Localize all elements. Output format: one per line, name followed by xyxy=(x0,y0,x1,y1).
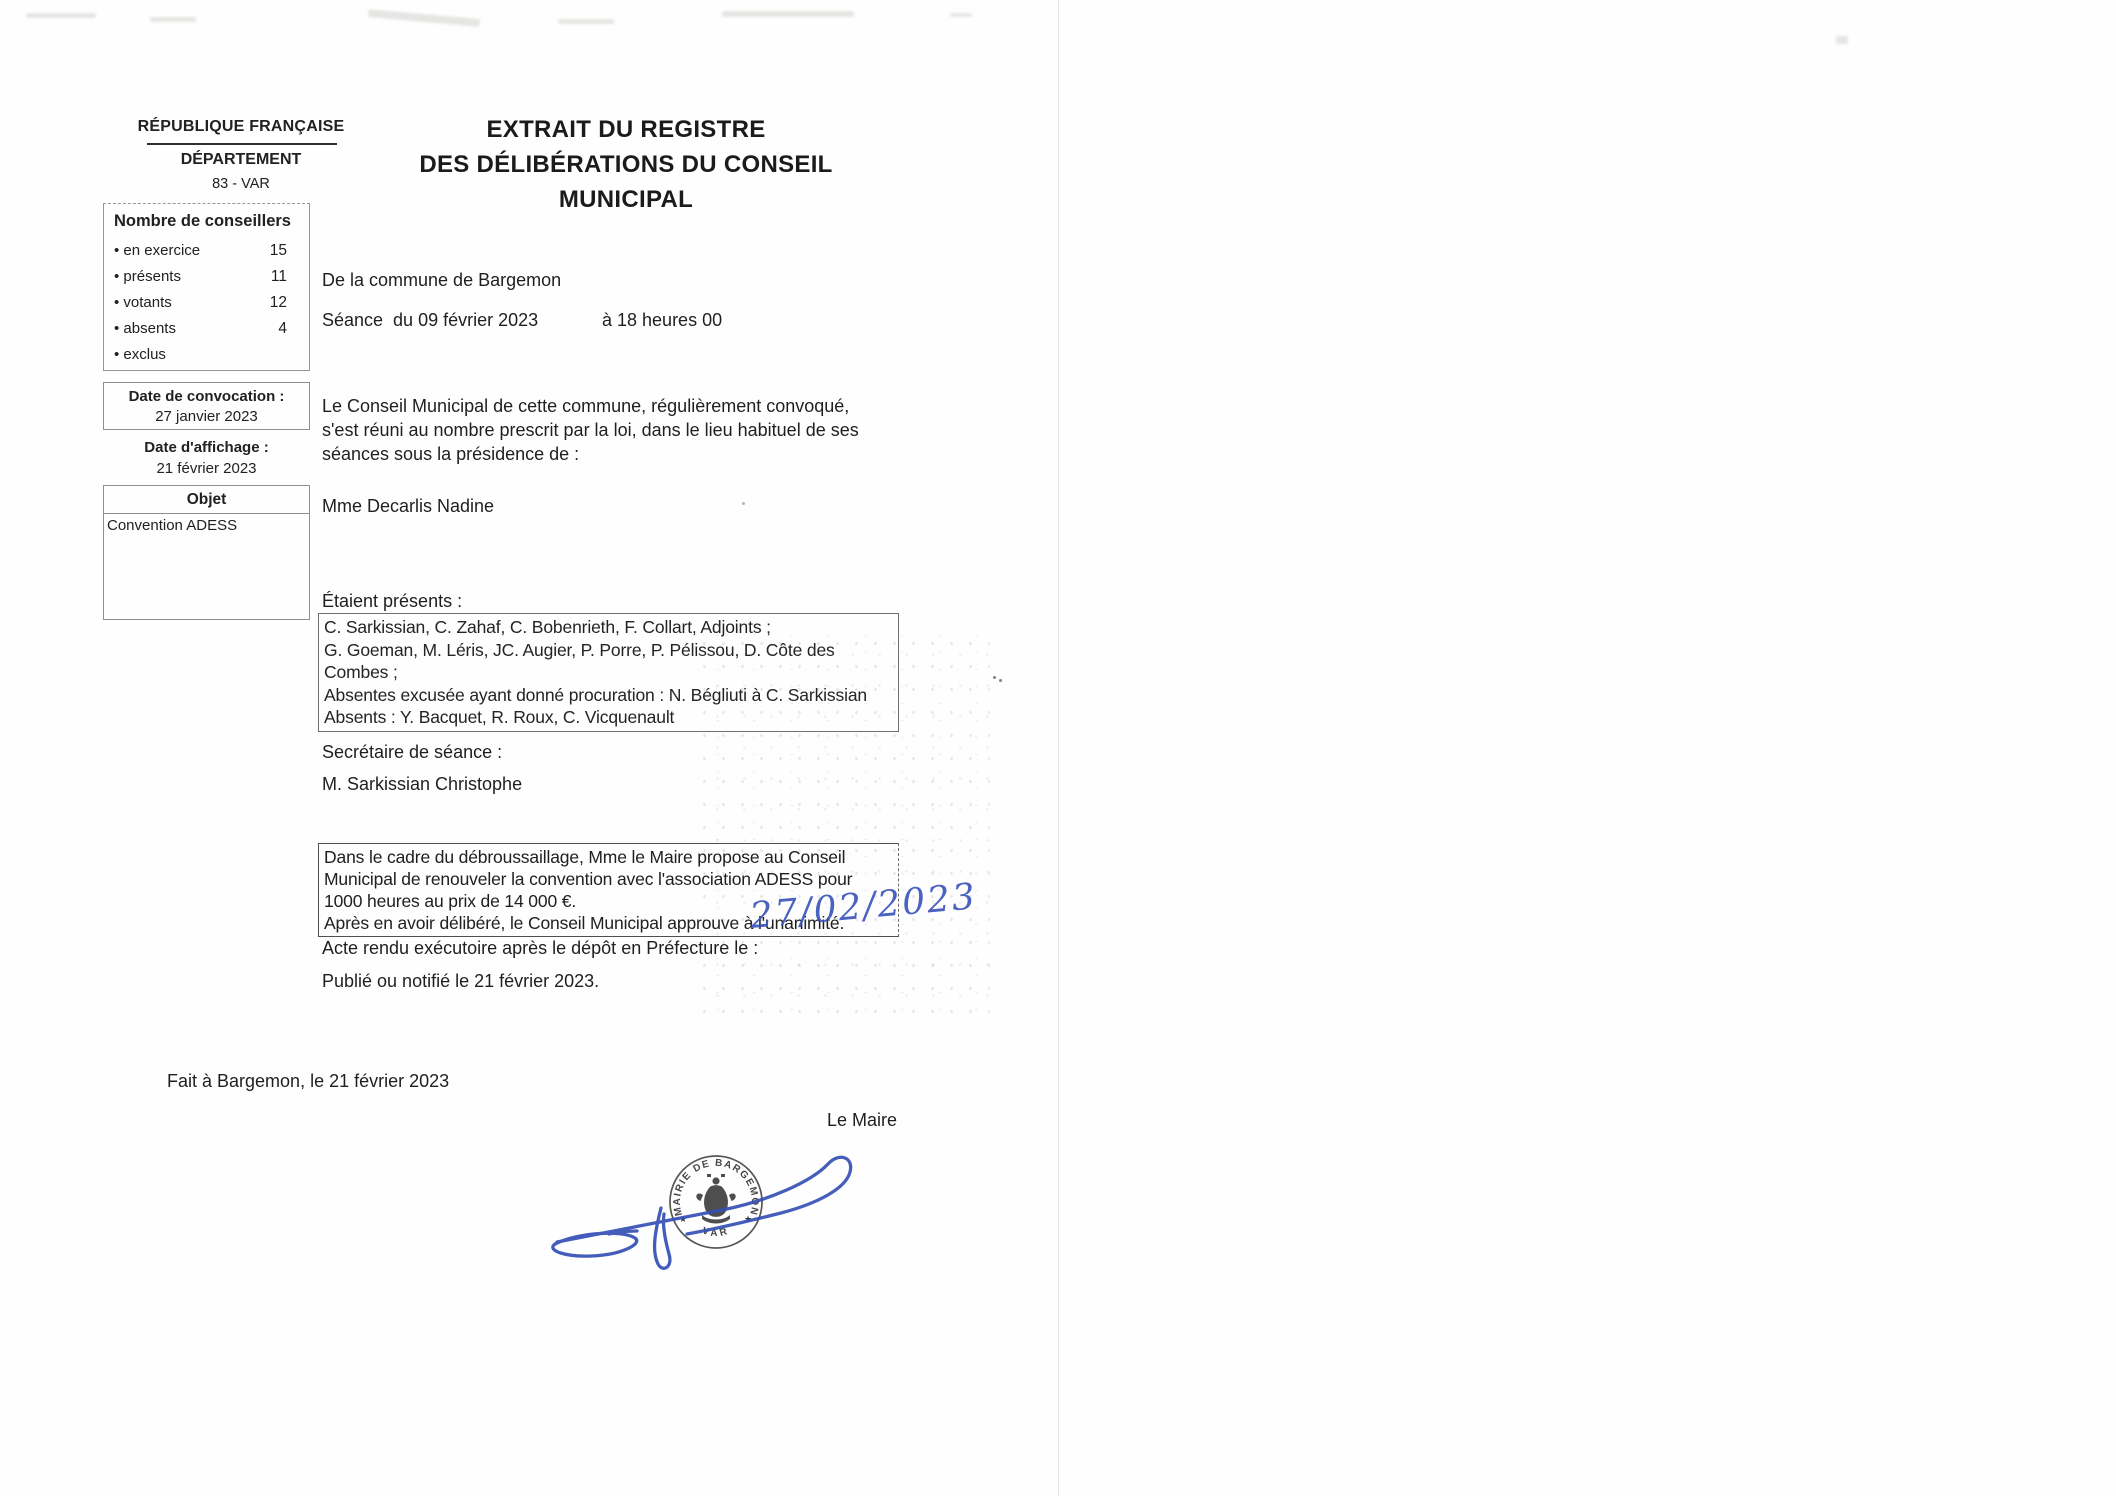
objet-label: Objet xyxy=(104,486,309,514)
title-line: MUNICIPAL xyxy=(346,182,906,217)
presents-line: G. Goeman, M. Léris, JC. Augier, P. Porr… xyxy=(324,639,893,684)
commune-line: De la commune de Bargemon xyxy=(322,270,561,291)
attendance-box: C. Sarkissian, C. Zahaf, C. Bobenrieth, … xyxy=(318,613,899,732)
objet-value: Convention ADESS xyxy=(104,514,309,537)
department-label: DÉPARTEMENT xyxy=(128,151,354,169)
town-stamp-icon: MAIRIE DE BARGEMON VAR ★ ★ xyxy=(670,1156,762,1248)
scan-artifact xyxy=(150,17,196,22)
page-edge-line xyxy=(1058,0,1059,1496)
president-name: Mme Decarlis Nadine xyxy=(322,496,494,517)
department-code: 83 - VAR xyxy=(128,176,354,192)
row-label: • absents xyxy=(114,316,176,342)
secretary-label: Secrétaire de séance : xyxy=(322,742,502,763)
scan-artifact xyxy=(26,13,96,18)
republic-header: RÉPUBLIQUE FRANÇAISE xyxy=(128,118,354,136)
published-line: Publié ou notifié le 21 février 2023. xyxy=(322,971,599,992)
presents-line: Absents : Y. Bacquet, R. Roux, C. Vicque… xyxy=(324,706,893,729)
convocation-label: Date de convocation : xyxy=(104,387,309,407)
convocation-date-box: Date de convocation : 27 janvier 2023 xyxy=(103,382,310,430)
scan-artifact xyxy=(722,11,854,17)
done-at-line: Fait à Bargemon, le 21 février 2023 xyxy=(167,1071,449,1092)
scan-artifact xyxy=(1836,36,1848,44)
mayor-signature xyxy=(553,1157,851,1268)
title-line: EXTRAIT DU REGISTRE xyxy=(346,112,906,147)
counsellors-box: Nombre de conseillers • en exercice 15 •… xyxy=(103,203,310,371)
row-value: 4 xyxy=(278,316,299,342)
counsellor-row: • votants 12 xyxy=(114,290,299,316)
row-value: 11 xyxy=(271,264,299,290)
scan-speck xyxy=(993,676,996,679)
presents-line: C. Sarkissian, C. Zahaf, C. Bobenrieth, … xyxy=(324,616,893,639)
session-time: à 18 heures 00 xyxy=(602,310,722,331)
row-value xyxy=(287,342,299,368)
scan-artifact xyxy=(368,9,480,27)
session-date: Séance du 09 février 2023 xyxy=(322,310,538,331)
row-label: • votants xyxy=(114,290,172,316)
display-date-value: 21 février 2023 xyxy=(103,458,310,479)
presents-label: Étaient présents : xyxy=(322,591,462,612)
counsellor-row: • en exercice 15 xyxy=(114,238,299,264)
presents-line: Absentes excusée ayant donné procuration… xyxy=(324,684,893,707)
display-date-label: Date d'affichage : xyxy=(103,437,310,458)
stamp-crest-icon xyxy=(696,1174,735,1224)
counsellor-row: • absents 4 xyxy=(114,316,299,342)
secretary-name: M. Sarkissian Christophe xyxy=(322,774,522,795)
row-label: • exclus xyxy=(114,342,166,368)
intro-paragraph: Le Conseil Municipal de cette commune, r… xyxy=(322,394,888,466)
counsellor-row: • exclus xyxy=(114,342,299,368)
scan-artifact xyxy=(558,19,614,24)
row-value: 12 xyxy=(270,290,299,316)
row-label: • en exercice xyxy=(114,238,200,264)
objet-box: Objet Convention ADESS xyxy=(103,485,310,620)
document-title: EXTRAIT DU REGISTRE DES DÉLIBÉRATIONS DU… xyxy=(346,112,906,217)
scan-speck xyxy=(999,679,1002,682)
stamp-and-signature: MAIRIE DE BARGEMON VAR ★ ★ xyxy=(545,1118,905,1278)
scanned-document-page: RÉPUBLIQUE FRANÇAISE DÉPARTEMENT 83 - VA… xyxy=(0,0,2116,1496)
header-rule xyxy=(147,143,337,145)
executory-line: Acte rendu exécutoire après le dépôt en … xyxy=(322,938,758,959)
title-line: DES DÉLIBÉRATIONS DU CONSEIL xyxy=(346,147,906,182)
scan-speck xyxy=(742,502,745,505)
row-value: 15 xyxy=(270,238,299,264)
convocation-value: 27 janvier 2023 xyxy=(104,407,309,427)
row-label: • présents xyxy=(114,264,181,290)
display-date-block: Date d'affichage : 21 février 2023 xyxy=(103,437,310,479)
counsellors-title: Nombre de conseillers xyxy=(114,212,299,231)
counsellor-row: • présents 11 xyxy=(114,264,299,290)
scan-artifact xyxy=(950,13,972,17)
